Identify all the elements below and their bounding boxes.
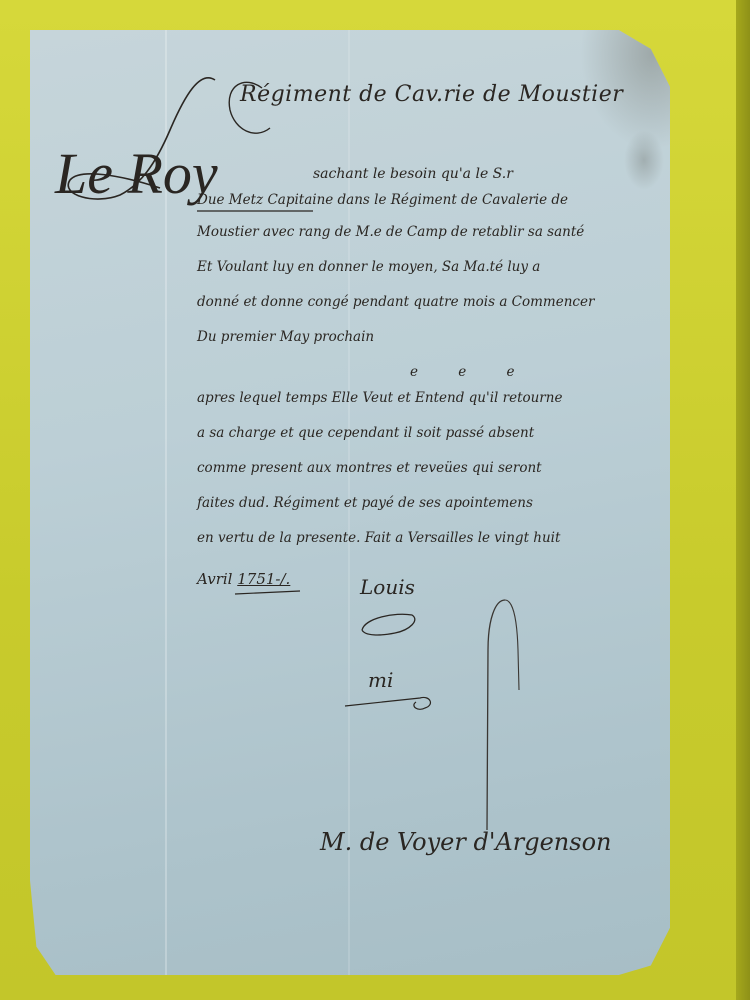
secretary-paraphe: mi [368,668,393,692]
body-line: Moustier avec rang de M.e de Camp de ret… [197,224,584,240]
date-year: 1751-/. [237,570,290,588]
filler-marks: e e e [410,364,533,380]
date-line: Avril 1751-/. [197,570,290,588]
body-line: Due Metz Capitaine dans le Régiment de C… [197,192,568,208]
date-month: Avril [197,570,232,588]
king-signature: Louis [360,575,415,599]
le-roy-opening: Le Roy [55,140,218,207]
body-line: comme present aux montres et reveües qui… [197,460,542,476]
body-line: Et Voulant luy en donner le moyen, Sa Ma… [197,259,540,275]
body-line: a sa charge et que cependant il soit pas… [197,425,534,441]
body-line: Du premier May prochain [197,329,374,345]
body-line: en vertu de la presente. Fait a Versaill… [197,530,560,546]
minister-signature: M. de Voyer d'Argenson [320,828,611,856]
opening-continuation: sachant le besoin qu'a le S.r [313,166,513,182]
body-line: faites dud. Régiment et payé de ses apoi… [197,495,533,511]
body-line: apres lequel temps Elle Veut et Entend q… [197,390,562,406]
regiment-heading: Régiment de Cav.rie de Moustier [240,82,623,107]
body-line: donné et donne congé pendant quatre mois… [197,294,594,310]
